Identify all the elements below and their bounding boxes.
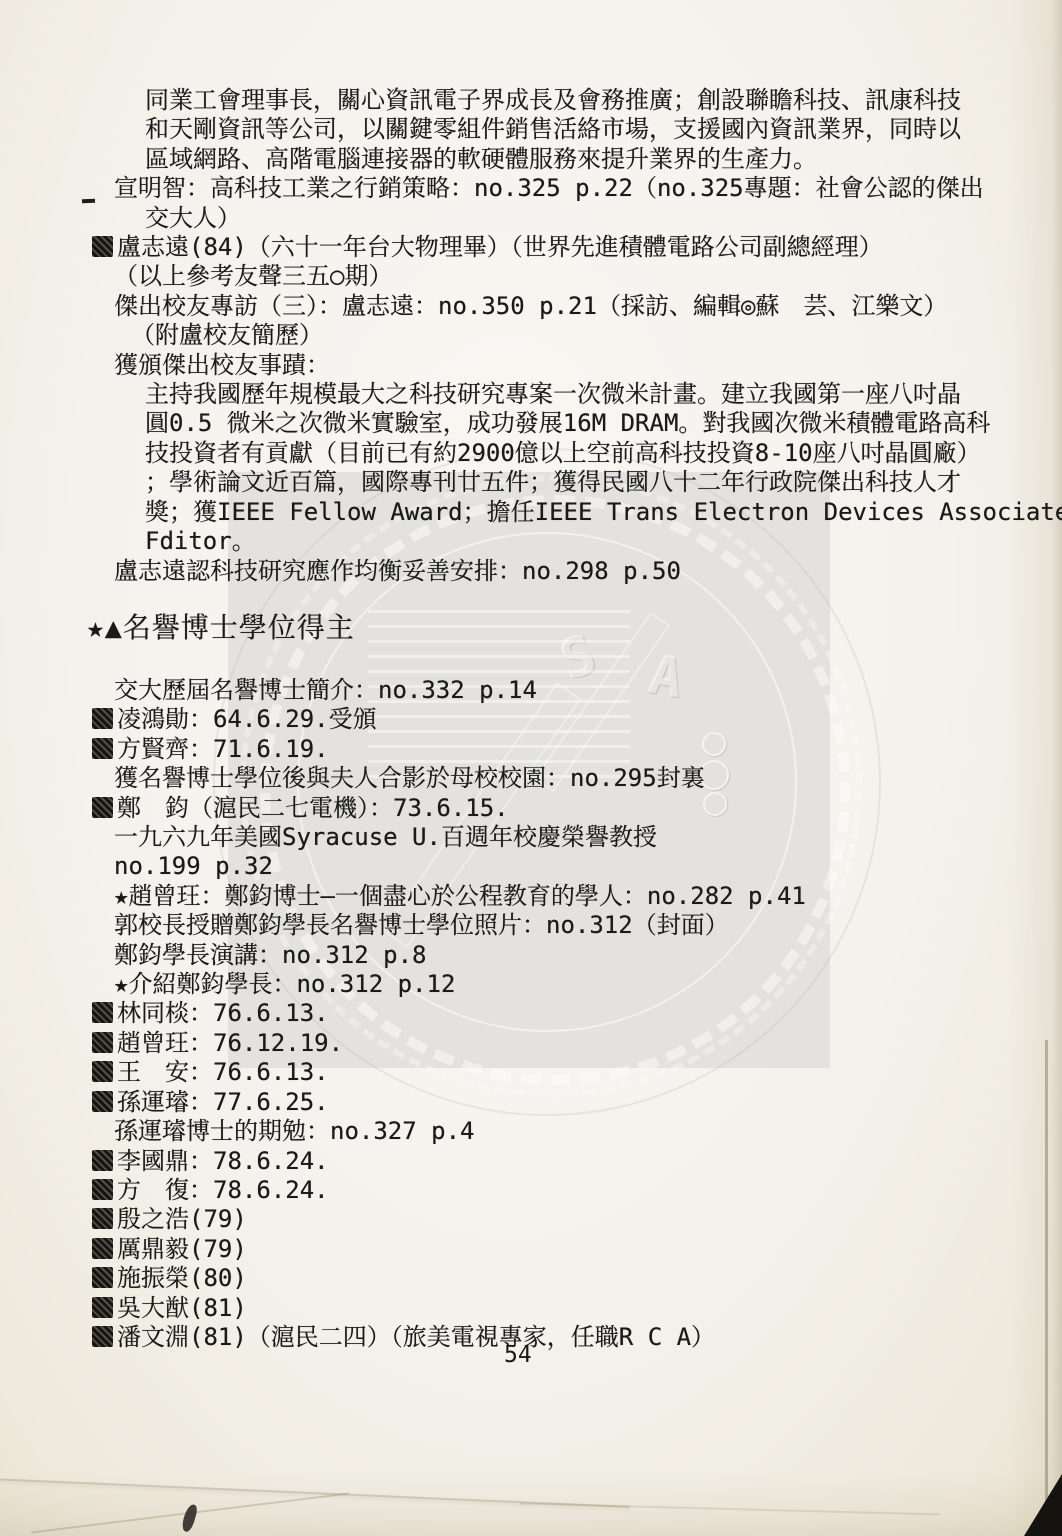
line-text: 宣明智：高科技工業之行銷策略：no.325 p.22（no.325專題：社會公認…	[114, 174, 984, 202]
line-text: no.199 p.32	[114, 852, 273, 880]
text-line: 方賢齊：71.6.19.	[0, 735, 1062, 764]
line-text: 潘文淵(81)（滬民二四）（旅美電視專家，任職R C A）	[117, 1323, 715, 1351]
line-text: 交大人）	[145, 204, 241, 232]
seal-stamp-icon	[92, 1032, 113, 1053]
seal-stamp-icon	[92, 1326, 113, 1347]
line-text: 吳大猷(81)	[117, 1294, 247, 1322]
text-line: ★介紹鄭鈞學長：no.312 p.12	[0, 970, 1062, 999]
text-line: 一九六九年美國Syracuse U.百週年校慶榮譽教授	[0, 823, 1062, 852]
text-line: 盧志遠認科技研究應作均衡妥善安排：no.298 p.50	[0, 557, 1062, 586]
seal-stamp-icon	[92, 1150, 113, 1171]
text-line: 吳大猷(81)	[0, 1294, 1062, 1323]
text-line: ；學術論文近百篇，國際專刊廿五件；獲得民國八十二年行政院傑出科技人才	[0, 468, 1062, 497]
text-line: 孫運璿：77.6.25.	[0, 1088, 1062, 1117]
text-line: 和天剛資訊等公司，以關鍵零組件銷售活絡市場，支援國內資訊業界，同時以	[0, 115, 1062, 144]
seal-stamp-icon	[92, 1091, 113, 1112]
seal-stamp-icon	[92, 1179, 113, 1200]
line-text: 李國鼎：78.6.24.	[117, 1147, 329, 1175]
line-text: 方賢齊：71.6.19.	[117, 735, 329, 763]
text-line: 交大歷屆名譽博士簡介：no.332 p.14	[0, 676, 1062, 705]
line-text: 凌鴻勛：64.6.29.受頒	[117, 705, 377, 733]
text-line: 主持我國歷年規模最大之科技研究專案一次微米計畫。建立我國第一座八吋晶	[0, 380, 1062, 409]
text-line: Fditor。	[0, 527, 1062, 556]
line-text: 王 安：76.6.13.	[117, 1058, 329, 1086]
line-text: 孫運璿博士的期勉：no.327 p.4	[114, 1117, 475, 1145]
text-line: 李國鼎：78.6.24.	[0, 1147, 1062, 1176]
text-line: 區域網路、高階電腦連接器的軟硬體服務來提升業界的生產力。	[0, 145, 1062, 174]
line-text: 鄭 鈞（滬民二七電機）：73.6.15.	[117, 794, 509, 822]
text-line: 林同棪：76.6.13.	[0, 999, 1062, 1028]
line-text: 林同棪：76.6.13.	[117, 999, 329, 1027]
section-heading: ★▲名譽博士學位得主	[87, 606, 355, 646]
line-text: 盧志遠(84)（六十一年台大物理畢）（世界先進積體電路公司副總經理）	[117, 233, 883, 261]
text-line: 孫運璿博士的期勉：no.327 p.4	[0, 1117, 1062, 1146]
line-text: 獲名譽博士學位後與夫人合影於母校校園：no.295封裏	[114, 764, 705, 792]
line-text: 厲鼎毅(79)	[117, 1235, 247, 1263]
seal-stamp-icon	[92, 1002, 113, 1023]
text-line: 傑出校友專訪（三）：盧志遠：no.350 p.21（採訪、編輯◎蘇 芸、江樂文）	[0, 292, 1062, 321]
seal-stamp-icon	[92, 1267, 113, 1288]
line-text: 傑出校友專訪（三）：盧志遠：no.350 p.21（採訪、編輯◎蘇 芸、江樂文）	[114, 292, 947, 320]
text-line: 施振榮(80)	[0, 1264, 1062, 1293]
line-text: 技投資者有貢獻（目前已有約2900億以上空前高科技投資8-10座八吋晶圓廠）	[145, 439, 981, 467]
page-number: 54	[504, 1342, 532, 1368]
line-text: （附盧校友簡歷）	[131, 321, 323, 349]
line-text: 鄭鈞學長演講：no.312 p.8	[114, 941, 427, 969]
text-line: no.199 p.32	[0, 852, 1062, 881]
text-line: 郭校長授贈鄭鈞學長名譽博士學位照片：no.312（封面）	[0, 911, 1062, 940]
text-line: ★趙曾玨：鄭鈞博士—一個盡心於公程教育的學人：no.282 p.41	[0, 882, 1062, 911]
line-text: ；學術論文近百篇，國際專刊廿五件；獲得民國八十二年行政院傑出科技人才	[145, 468, 961, 496]
text-line: 宣明智：高科技工業之行銷策略：no.325 p.22（no.325專題：社會公認…	[0, 174, 1062, 203]
line-text: ★介紹鄭鈞學長：no.312 p.12	[114, 970, 455, 998]
seal-stamp-icon	[92, 797, 113, 818]
text-line: （附盧校友簡歷）	[0, 321, 1062, 350]
line-text: 獎；獲IEEE Fellow Award；擔任IEEE Trans Electr…	[145, 498, 1062, 526]
paragraph-block: 同業工會理事長，關心資訊電子界成長及會務推廣；創設聯瞻科技、訊康科技和天剛資訊等…	[0, 86, 1062, 586]
seal-stamp-icon	[92, 1208, 113, 1229]
text-line: 厲鼎毅(79)	[0, 1235, 1062, 1264]
seal-stamp-icon	[92, 738, 113, 759]
line-text: （以上參考友聲三五○期）	[114, 262, 392, 290]
text-line: 鄭 鈞（滬民二七電機）：73.6.15.	[0, 794, 1062, 823]
text-line: 盧志遠(84)（六十一年台大物理畢）（世界先進積體電路公司副總經理）	[0, 233, 1062, 262]
text-line: 趙曾玨：76.12.19.	[0, 1029, 1062, 1058]
document-text-layer: 同業工會理事長，關心資訊電子界成長及會務推廣；創設聯瞻科技、訊康科技和天剛資訊等…	[0, 0, 1062, 1536]
honorary-doctorate-list: 交大歷屆名譽博士簡介：no.332 p.14凌鴻勛：64.6.29.受頒方賢齊：…	[0, 676, 1062, 1352]
line-text: Fditor。	[145, 527, 256, 555]
text-line: 獎；獲IEEE Fellow Award；擔任IEEE Trans Electr…	[0, 498, 1062, 527]
seal-stamp-icon	[92, 708, 113, 729]
line-text: 區域網路、高階電腦連接器的軟硬體服務來提升業界的生產力。	[145, 145, 817, 173]
line-text: 和天剛資訊等公司，以關鍵零組件銷售活絡市場，支援國內資訊業界，同時以	[145, 115, 961, 143]
line-text: 同業工會理事長，關心資訊電子界成長及會務推廣；創設聯瞻科技、訊康科技	[145, 86, 961, 114]
line-text: ★趙曾玨：鄭鈞博士—一個盡心於公程教育的學人：no.282 p.41	[114, 882, 806, 910]
line-text: 方 復：78.6.24.	[117, 1176, 329, 1204]
line-text: 主持我國歷年規模最大之科技研究專案一次微米計畫。建立我國第一座八吋晶	[145, 380, 961, 408]
text-line: 交大人）	[0, 204, 1062, 233]
seal-stamp-icon	[92, 1061, 113, 1082]
scanned-page: S A 同業工會理事長，關心資訊電子界成長及會務推廣；創設聯瞻科技、訊康科技和天…	[0, 0, 1062, 1536]
seal-stamp-icon	[92, 236, 113, 257]
seal-stamp-icon	[92, 1238, 113, 1259]
text-line: 鄭鈞學長演講：no.312 p.8	[0, 941, 1062, 970]
line-text: 獲頒傑出校友事蹟：	[114, 351, 330, 379]
text-line: 方 復：78.6.24.	[0, 1176, 1062, 1205]
text-line: 同業工會理事長，關心資訊電子界成長及會務推廣；創設聯瞻科技、訊康科技	[0, 86, 1062, 115]
text-line: 圓0.5 微米之次微米實驗室，成功發展16M DRAM。對我國次微米積體電路高科	[0, 409, 1062, 438]
line-text: 盧志遠認科技研究應作均衡妥善安排：no.298 p.50	[114, 557, 681, 585]
line-text: 一九六九年美國Syracuse U.百週年校慶榮譽教授	[114, 823, 657, 851]
line-text: 圓0.5 微米之次微米實驗室，成功發展16M DRAM。對我國次微米積體電路高科	[145, 409, 990, 437]
line-text: 孫運璿：77.6.25.	[117, 1088, 329, 1116]
text-line: 獲名譽博士學位後與夫人合影於母校校園：no.295封裏	[0, 764, 1062, 793]
line-text: 交大歷屆名譽博士簡介：no.332 p.14	[114, 676, 537, 704]
text-line: 獲頒傑出校友事蹟：	[0, 351, 1062, 380]
text-line: （以上參考友聲三五○期）	[0, 262, 1062, 291]
line-text: 郭校長授贈鄭鈞學長名譽博士學位照片：no.312（封面）	[114, 911, 729, 939]
text-line: 殷之浩(79)	[0, 1205, 1062, 1234]
line-text: 殷之浩(79)	[117, 1205, 247, 1233]
text-line: 技投資者有貢獻（目前已有約2900億以上空前高科技投資8-10座八吋晶圓廠）	[0, 439, 1062, 468]
seal-stamp-icon	[92, 1297, 113, 1318]
text-line: 凌鴻勛：64.6.29.受頒	[0, 705, 1062, 734]
text-line: 王 安：76.6.13.	[0, 1058, 1062, 1087]
line-text: 趙曾玨：76.12.19.	[117, 1029, 343, 1057]
line-text: 施振榮(80)	[117, 1264, 247, 1292]
